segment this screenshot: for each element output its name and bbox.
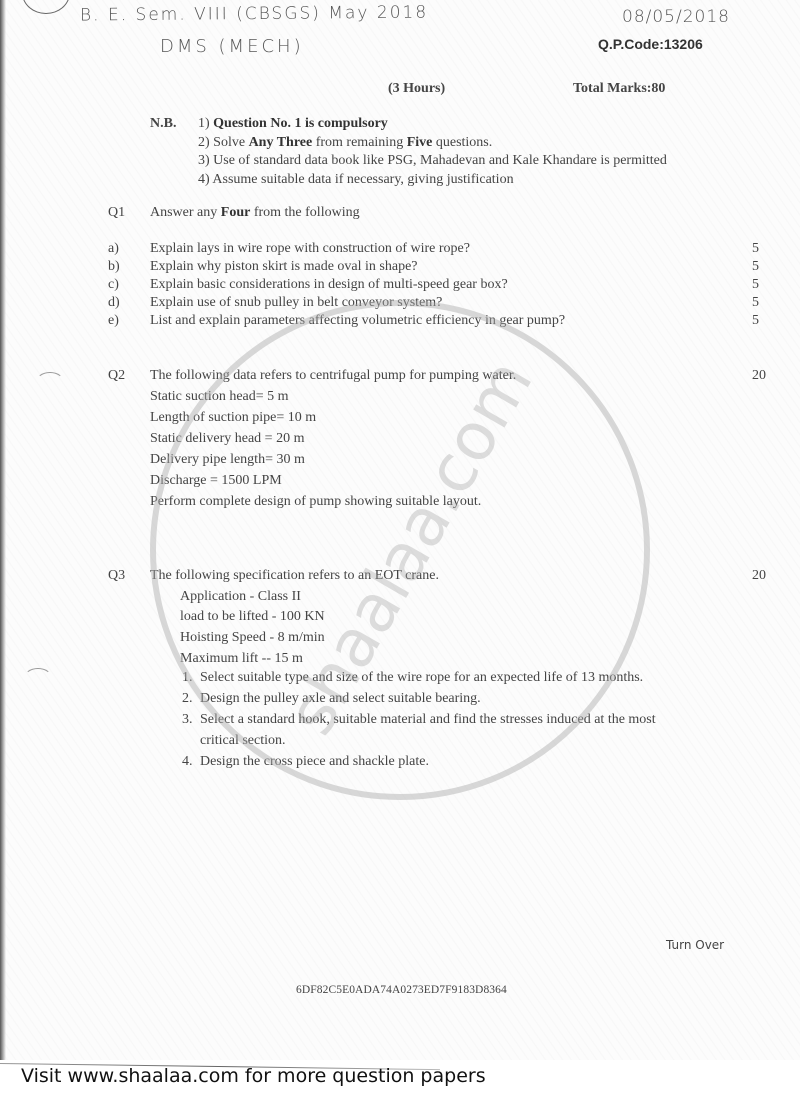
- part-text: List and explain parameters affecting vo…: [150, 313, 565, 329]
- instruction-item: 4) Assume suitable data if necessary, gi…: [198, 171, 667, 190]
- part-marks: 5: [752, 259, 759, 275]
- scan-edge-shadow: [0, 0, 6, 1060]
- part-marks: 5: [752, 277, 759, 293]
- task-number: 4.: [182, 754, 193, 770]
- spec-line: Application - Class II: [180, 589, 301, 605]
- qp-code: Q.P.Code:13206: [598, 36, 703, 52]
- spec-line: Hoisting Speed - 8 m/min: [180, 630, 325, 646]
- part-text: Explain why piston skirt is made oval in…: [150, 259, 418, 275]
- instructions-label: N.B.: [150, 116, 176, 132]
- task-number: 1.: [182, 670, 193, 686]
- handwritten-course-line: B. E. Sem. VIII (CBSGS) May 2018: [80, 2, 428, 25]
- task-number: 2.: [182, 691, 193, 707]
- task-text-continued: critical section.: [200, 733, 286, 749]
- part-marks: 5: [752, 241, 759, 257]
- part-marks: 5: [752, 313, 759, 329]
- turn-over-note: Turn Over: [666, 938, 724, 952]
- question-marks: 20: [752, 368, 766, 384]
- part-label: e): [108, 313, 119, 329]
- part-text: Explain lays in wire rope with construct…: [150, 241, 470, 257]
- task-text: Design the pulley axle and select suitab…: [200, 691, 481, 707]
- part-label: d): [108, 295, 120, 311]
- handwritten-date: 08/05/2018: [622, 7, 730, 27]
- handwritten-subject-line: DMS (MECH): [160, 36, 304, 57]
- punch-hole-mark: [36, 372, 64, 392]
- spec-line: load to be lifted - 100 KN: [180, 609, 325, 625]
- data-line: Length of suction pipe= 10 m: [150, 410, 316, 426]
- spec-line: Maximum lift -- 15 m: [180, 651, 303, 667]
- exam-duration: (3 Hours): [388, 81, 445, 97]
- part-marks: 5: [752, 295, 759, 311]
- part-label: a): [108, 241, 119, 257]
- question-intro: The following data refers to centrifugal…: [150, 368, 516, 384]
- question-number: Q3: [108, 568, 125, 584]
- task-text: Select suitable type and size of the wir…: [200, 670, 643, 686]
- part-text: Explain basic considerations in design o…: [150, 277, 508, 293]
- punch-hole-mark: [24, 668, 52, 688]
- data-line: Perform complete design of pump showing …: [150, 494, 481, 510]
- scanned-question-paper: B. E. Sem. VIII (CBSGS) May 2018 DMS (ME…: [0, 0, 800, 1060]
- part-text: Explain use of snub pulley in belt conve…: [150, 295, 442, 311]
- data-line: Discharge = 1500 LPM: [150, 473, 282, 489]
- question-number: Q2: [108, 368, 125, 384]
- promo-footer-link[interactable]: Visit www.shaalaa.com for more question …: [21, 1065, 486, 1087]
- task-number: 3.: [182, 712, 193, 728]
- data-line: Static delivery head = 20 m: [150, 431, 304, 447]
- instructions-list: 1) Question No. 1 is compulsory 2) Solve…: [198, 115, 667, 189]
- part-label: b): [108, 259, 120, 275]
- question-intro: The following specification refers to an…: [150, 568, 439, 584]
- question-marks: 20: [752, 568, 766, 584]
- total-marks: Total Marks:80: [573, 81, 665, 97]
- task-text: Design the cross piece and shackle plate…: [200, 754, 429, 770]
- instruction-item: 2) Solve Any Three from remaining Five q…: [198, 134, 667, 153]
- data-line: Static suction head= 5 m: [150, 389, 289, 405]
- question-number: Q1: [108, 205, 125, 221]
- data-line: Delivery pipe length= 30 m: [150, 452, 305, 468]
- question-intro: Answer any Four from the following: [150, 205, 360, 221]
- part-label: c): [108, 277, 119, 293]
- scan-corner-mark: [22, 0, 70, 14]
- task-text: Select a standard hook, suitable materia…: [200, 712, 656, 728]
- document-hash-code: 6DF82C5E0ADA74A0273ED7F9183D8364: [296, 984, 507, 996]
- instruction-item: 1) Question No. 1 is compulsory: [198, 115, 667, 134]
- instruction-item: 3) Use of standard data book like PSG, M…: [198, 152, 667, 171]
